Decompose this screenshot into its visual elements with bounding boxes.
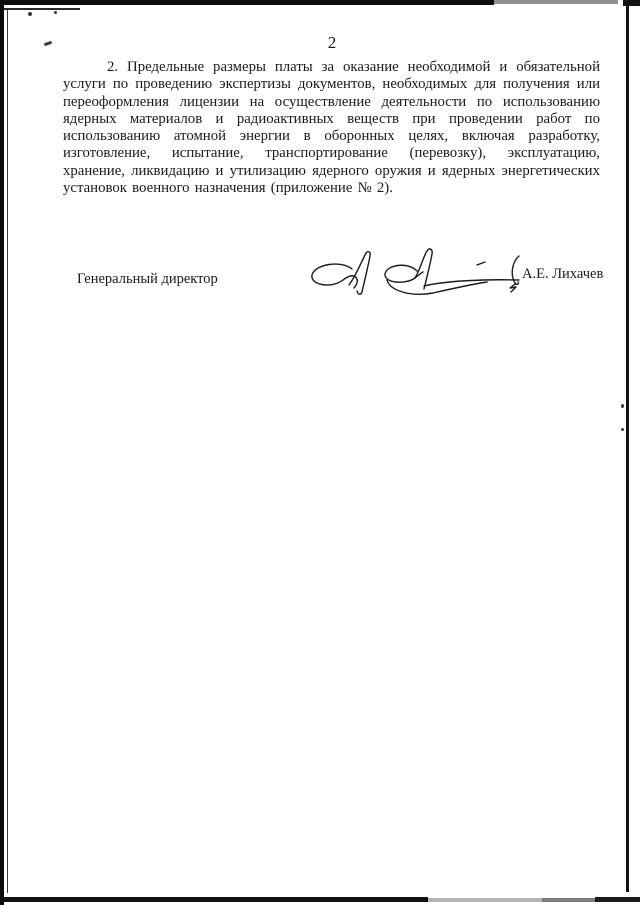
scan-edge-inner-top — [0, 8, 80, 10]
scan-edge-bottom-dark — [542, 898, 595, 902]
scan-edge-top — [0, 0, 494, 5]
signatory-name: А.Е. Лихачев — [522, 266, 603, 283]
signatory-title: Генеральный директор — [77, 271, 218, 288]
scan-edge-top-gray — [494, 0, 618, 4]
scan-edge-bottom-gray — [428, 898, 542, 902]
page-number: 2 — [328, 33, 337, 53]
scan-edge-right — [626, 6, 629, 892]
scan-edge-left-inner — [7, 10, 8, 893]
signature-scribble — [305, 247, 530, 299]
scan-speck — [44, 41, 53, 46]
scan-speck — [28, 12, 32, 16]
scan-speck — [621, 428, 624, 431]
scan-edge-bottom-black — [595, 897, 640, 902]
scan-edge-bottom — [0, 897, 428, 902]
scan-edge-left — [0, 5, 4, 905]
scan-speck — [54, 11, 57, 14]
body-paragraph: 2. Предельные размеры платы за оказание … — [63, 59, 600, 197]
scan-speck — [621, 404, 624, 408]
